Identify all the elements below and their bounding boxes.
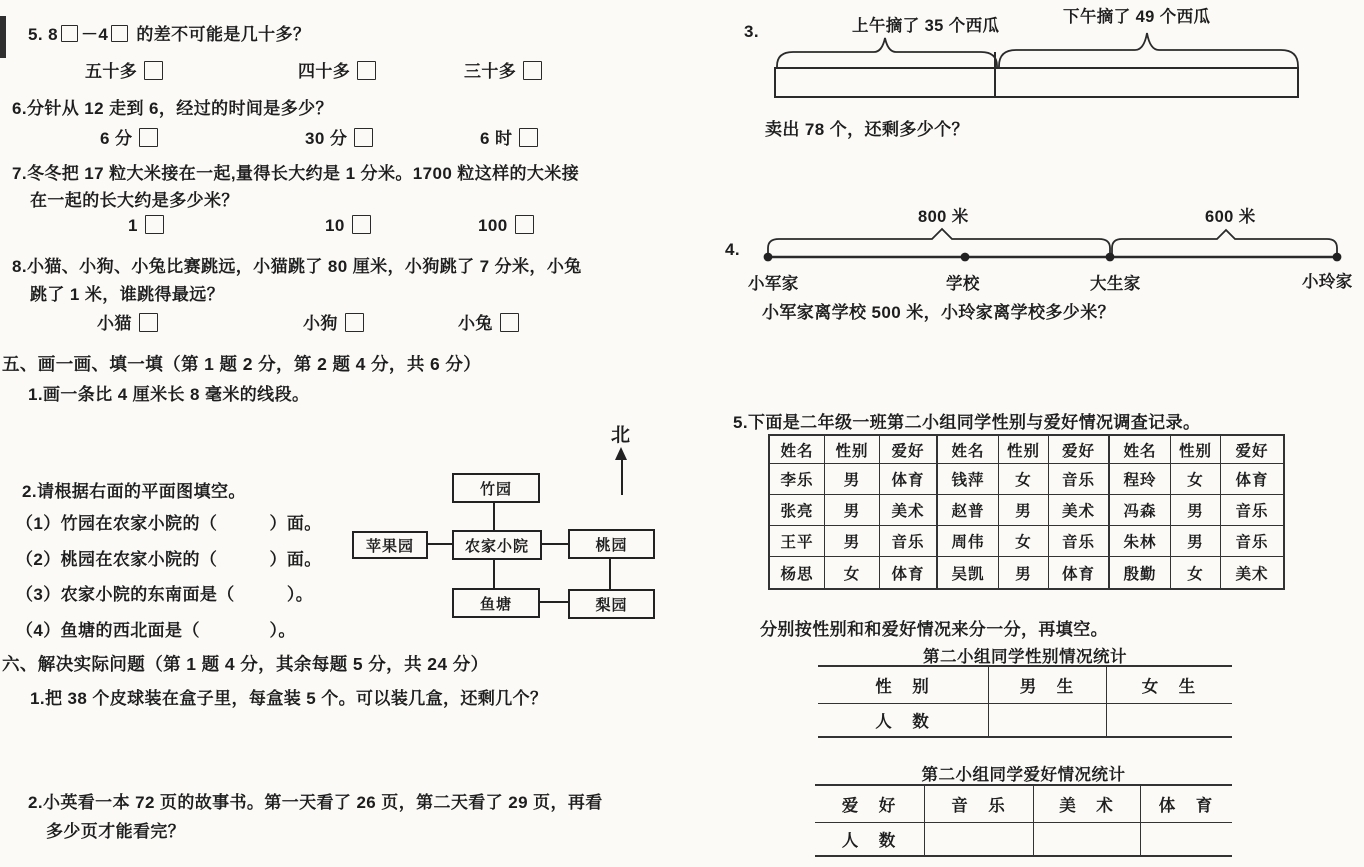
hobby-stat-header-music: 音 乐 xyxy=(924,786,1033,823)
map-box-bamboo-label: 竹园 xyxy=(480,478,512,499)
q5-part2: －4 xyxy=(81,25,108,44)
map-connector-farmhouse-peach xyxy=(542,543,568,545)
survey-header-cell: 性别 xyxy=(1171,436,1221,464)
map-box-pear-garden: 梨园 xyxy=(568,589,655,619)
section-5-heading: 五、画一画、填一填（第 1 题 2 分，第 2 题 4 分，共 6 分） xyxy=(2,351,481,376)
survey-cell: 音乐 xyxy=(1049,464,1109,495)
q8-option-2-label: 小狗 xyxy=(303,314,338,333)
survey-cell: 冯森 xyxy=(1108,495,1171,526)
gender-stat-header-male: 男 生 xyxy=(988,667,1106,704)
q6-option-2-checkbox xyxy=(354,128,373,147)
survey-cell: 杨思 xyxy=(770,557,825,588)
q5-option-1: 五十多 xyxy=(85,57,163,82)
survey-cell: 吴凯 xyxy=(936,557,999,588)
q5-option-3-label: 三十多 xyxy=(464,62,516,81)
q6-option-3-label: 6 时 xyxy=(480,129,512,148)
survey-cell: 音乐 xyxy=(880,526,937,557)
survey-cell: 美术 xyxy=(880,495,937,526)
q5-option-1-label: 五十多 xyxy=(85,62,137,81)
q5-option-2-label: 四十多 xyxy=(298,62,350,81)
survey-table: 姓名 性别 爱好 姓名 性别 爱好 姓名 性别 爱好 李乐 男 体育 钱萍 女 … xyxy=(768,434,1285,590)
map-connector-apple-farmhouse xyxy=(428,543,452,545)
hobby-stat-music-count-blank xyxy=(924,823,1033,855)
exam-paper-page: 5. 8－4 的差不可能是几十多？ 五十多 四十多 三十多 6.分针从 12 走… xyxy=(0,0,1364,867)
scan-edge-artifact xyxy=(0,16,6,58)
q8-option-1-label: 小猫 xyxy=(97,314,132,333)
section-5-item-2: 2.请根据右面的平面图填空。 xyxy=(22,477,246,502)
survey-cell: 女 xyxy=(825,557,880,588)
survey-header-cell: 爱好 xyxy=(880,436,937,464)
survey-cell: 女 xyxy=(1171,464,1221,495)
gender-stat-header-category: 性 别 xyxy=(818,667,988,704)
map-box-apple-label: 苹果园 xyxy=(366,535,414,556)
q8-option-3-checkbox xyxy=(500,313,519,332)
question-8-line1: 8.小猫、小狗、小兔比赛跳远，小猫跳了 80 厘米，小狗跳了 7 分米，小兔 xyxy=(12,252,582,277)
survey-cell: 周伟 xyxy=(936,526,999,557)
q5-blank-box-1 xyxy=(61,25,78,42)
q5-part1: 5. 8 xyxy=(28,25,58,44)
survey-cell: 男 xyxy=(1171,495,1221,526)
q7-option-1: 1 xyxy=(128,215,164,236)
survey-cell: 音乐 xyxy=(1221,526,1283,557)
map-box-peach-label: 桃园 xyxy=(595,534,627,555)
map-box-farmhouse-label: 农家小院 xyxy=(465,535,529,556)
survey-cell: 女 xyxy=(999,464,1049,495)
q6-option-1: 6 分 xyxy=(100,124,158,149)
question-8-line2: 跳了 1 米，谁跳得最远？ xyxy=(30,280,224,305)
q5r-note: 分别按性别和和爱好情况来分一分，再填空。 xyxy=(760,615,1108,640)
gender-stat-count-label: 人 数 xyxy=(818,704,988,736)
survey-cell: 男 xyxy=(1171,526,1221,557)
q7-option-1-checkbox xyxy=(145,215,164,234)
survey-cell: 体育 xyxy=(1221,464,1283,495)
survey-cell: 男 xyxy=(825,495,880,526)
section-6-item-1: 1.把 38 个皮球装在盒子里，每盒装 5 个。可以装几盒，还剩几个？ xyxy=(30,684,547,709)
map-box-peach-garden: 桃园 xyxy=(568,529,655,559)
section-6-item-2-line1: 2.小英看一本 72 页的故事书。第一天看了 26 页，第二天看了 29 页，再… xyxy=(28,788,603,813)
q5-option-2: 四十多 xyxy=(298,57,376,82)
hobby-stat-header-category: 爱 好 xyxy=(815,786,924,823)
q4-line-diagram xyxy=(720,195,1364,295)
question-7-line1: 7.冬冬把 17 粒大米接在一起,量得长大约是 1 分米。1700 粒这样的大米… xyxy=(12,159,579,184)
survey-header-cell: 性别 xyxy=(999,436,1049,464)
q7-option-3-label: 100 xyxy=(478,216,508,235)
survey-header-cell: 姓名 xyxy=(1108,436,1171,464)
q7-option-3-checkbox xyxy=(515,215,534,234)
question-7-line2: 在一起的长大约是多少米？ xyxy=(30,186,239,211)
survey-cell: 程玲 xyxy=(1108,464,1171,495)
survey-cell: 赵普 xyxy=(936,495,999,526)
section-5-sub-3: （3）农家小院的东南面是（ ）。 xyxy=(16,580,313,605)
hobby-stat-sports-count-blank xyxy=(1140,823,1232,855)
q8-option-3-label: 小兔 xyxy=(458,314,493,333)
gender-stat-male-count-blank xyxy=(988,704,1106,736)
section-5-sub-1: （1）竹园在农家小院的（ ）面。 xyxy=(16,509,322,534)
q7-option-2-label: 10 xyxy=(325,216,345,235)
survey-header-cell: 姓名 xyxy=(936,436,999,464)
gender-stat-table: 性 别 男 生 女 生 人 数 xyxy=(818,665,1232,738)
q6-option-1-label: 6 分 xyxy=(100,129,132,148)
survey-header-cell: 爱好 xyxy=(1049,436,1109,464)
q6-option-1-checkbox xyxy=(139,128,158,147)
survey-cell: 音乐 xyxy=(1221,495,1283,526)
question-5r-intro: 5.下面是二年级一班第二小组同学性别与爱好情况调查记录。 xyxy=(733,408,1200,433)
q8-option-2: 小狗 xyxy=(303,309,364,334)
q4-point-dasheng-home: 大生家 xyxy=(1090,270,1141,294)
question-5-text: 5. 8－4 的差不可能是几十多？ xyxy=(28,20,310,45)
map-connector-pond-pear xyxy=(540,601,568,603)
q8-option-3: 小兔 xyxy=(458,309,519,334)
q6-option-3: 6 时 xyxy=(480,124,538,149)
hobby-stat-header-art: 美 术 xyxy=(1033,786,1140,823)
q4-point-school: 学校 xyxy=(946,270,980,294)
q7-option-2-checkbox xyxy=(352,215,371,234)
map-connector-peach-pear xyxy=(609,559,611,589)
map-box-bamboo-garden: 竹园 xyxy=(452,473,540,503)
survey-cell: 美术 xyxy=(1221,557,1283,588)
survey-cell: 男 xyxy=(999,557,1049,588)
q4-point-xiaoling-home: 小玲家 xyxy=(1302,268,1353,292)
section-6-item-2-line2: 多少页才能看完？ xyxy=(46,817,185,842)
q5-option-2-checkbox xyxy=(357,61,376,80)
map-box-apple-orchard: 苹果园 xyxy=(352,531,428,559)
q7-option-3: 100 xyxy=(478,215,534,236)
q8-option-2-checkbox xyxy=(345,313,364,332)
survey-header-cell: 爱好 xyxy=(1221,436,1283,464)
survey-cell: 体育 xyxy=(880,557,937,588)
survey-cell: 男 xyxy=(999,495,1049,526)
survey-cell: 体育 xyxy=(1049,557,1109,588)
q6-option-3-checkbox xyxy=(519,128,538,147)
survey-cell: 李乐 xyxy=(770,464,825,495)
q6-option-2: 30 分 xyxy=(305,124,373,149)
q8-option-1: 小猫 xyxy=(97,309,158,334)
q7-option-2: 10 xyxy=(325,215,371,236)
survey-cell: 美术 xyxy=(1049,495,1109,526)
section-5-sub-2: （2）桃园在农家小院的（ ）面。 xyxy=(16,545,322,570)
hobby-stat-art-count-blank xyxy=(1033,823,1140,855)
map-connector-farmhouse-pond xyxy=(493,560,495,588)
north-label: 北 xyxy=(611,420,630,447)
survey-cell: 王平 xyxy=(770,526,825,557)
survey-cell: 男 xyxy=(825,526,880,557)
survey-cell: 朱林 xyxy=(1108,526,1171,557)
map-box-fish-pond: 鱼塘 xyxy=(452,588,540,618)
gender-stat-title: 第二小组同学性别情况统计 xyxy=(818,643,1232,667)
gender-stat-female-count-blank xyxy=(1106,704,1232,736)
q8-option-1-checkbox xyxy=(139,313,158,332)
survey-cell: 体育 xyxy=(880,464,937,495)
question-3-text: 卖出 78 个，还剩多少个？ xyxy=(765,115,969,140)
survey-cell: 音乐 xyxy=(1049,526,1109,557)
survey-cell: 钱萍 xyxy=(936,464,999,495)
section-5-sub-4: （4）鱼塘的西北面是（ ）。 xyxy=(16,616,296,641)
north-arrow-shaft xyxy=(621,459,623,495)
survey-cell: 女 xyxy=(999,526,1049,557)
section-5-item-1: 1.画一条比 4 厘米长 8 毫米的线段。 xyxy=(28,380,309,405)
q5-option-1-checkbox xyxy=(144,61,163,80)
map-connector-bamboo-farmhouse xyxy=(493,503,495,530)
survey-cell: 殷勤 xyxy=(1108,557,1171,588)
survey-cell: 女 xyxy=(1171,557,1221,588)
survey-cell: 男 xyxy=(825,464,880,495)
map-box-farmhouse: 农家小院 xyxy=(452,530,542,560)
q5-blank-box-2 xyxy=(111,25,128,42)
question-6-text: 6.分针从 12 走到 6，经过的时间是多少？ xyxy=(12,94,333,119)
q6-option-2-label: 30 分 xyxy=(305,129,347,148)
q7-option-1-label: 1 xyxy=(128,216,138,235)
q5-option-3: 三十多 xyxy=(464,57,542,82)
map-box-pear-label: 梨园 xyxy=(595,594,627,615)
q5-option-3-checkbox xyxy=(523,61,542,80)
survey-header-cell: 姓名 xyxy=(770,436,825,464)
q4-point-xiaojun-home: 小军家 xyxy=(748,270,799,294)
hobby-stat-table: 爱 好 音 乐 美 术 体 育 人 数 xyxy=(815,784,1232,857)
hobby-stat-title: 第二小组同学爱好情况统计 xyxy=(815,761,1232,785)
hobby-stat-count-label: 人 数 xyxy=(815,823,924,855)
survey-header-cell: 性别 xyxy=(825,436,880,464)
map-box-pond-label: 鱼塘 xyxy=(480,593,512,614)
hobby-stat-header-sports: 体 育 xyxy=(1140,786,1232,823)
section-6-heading: 六、解决实际问题（第 1 题 4 分，其余每题 5 分，共 24 分） xyxy=(2,651,489,676)
gender-stat-header-female: 女 生 xyxy=(1106,667,1232,704)
survey-cell: 张亮 xyxy=(770,495,825,526)
q5-part3: 的差不可能是几十多？ xyxy=(131,25,310,44)
question-4-text: 小军家离学校 500 米，小玲家离学校多少米？ xyxy=(762,298,1115,323)
